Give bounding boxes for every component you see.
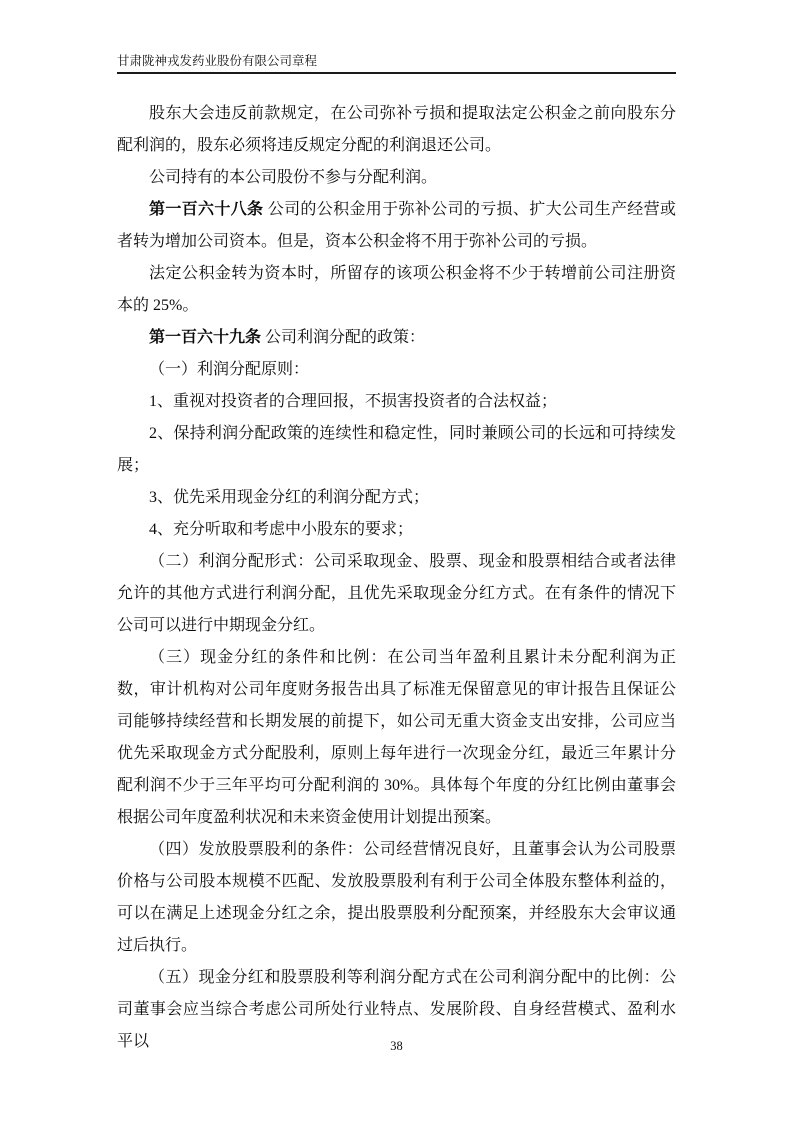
paragraph: 法定公积金转为资本时，所留存的该项公积金将不少于转增前公司注册资本的 25%。 [117,258,676,322]
document-body: 股东大会违反前款规定，在公司弥补亏损和提取法定公积金之前向股东分配利润的，股东必… [117,98,676,1058]
paragraph: 1、重视对投资者的合理回报，不损害投资者的合法权益； [117,386,676,418]
document-header-title: 甘肃陇神戎发药业股份有限公司章程 [117,54,317,68]
document-header: 甘肃陇神戎发药业股份有限公司章程 [117,53,676,74]
page-number: 38 [0,1039,793,1054]
paragraph-text: 3、优先采用现金分红的利润分配方式； [149,489,429,506]
paragraph: 第一百六十八条 公司的公积金用于弥补公司的亏损、扩大公司生产经营或者转为增加公司… [117,194,676,258]
paragraph: （一）利润分配原则： [117,354,676,386]
article-number: 第一百六十八条 [149,201,263,218]
paragraph-text: （五）现金分红和股票股利等利润分配方式在公司利润分配中的比例：公司董事会应当综合… [117,969,676,1050]
paragraph: （二）利润分配形式：公司采取现金、股票、现金和股票相结合或者法律允许的其他方式进… [117,546,676,642]
paragraph-text: 2、保持利润分配政策的连续性和稳定性，同时兼顾公司的长远和可持续发展； [117,425,676,474]
paragraph-text: 4、充分听取和考虑中小股东的要求； [149,521,413,538]
paragraph-text: 法定公积金转为资本时，所留存的该项公积金将不少于转增前公司注册资本的 25%。 [117,265,676,314]
paragraph: 第一百六十九条 公司利润分配的政策： [117,322,676,354]
document-page: 甘肃陇神戎发药业股份有限公司章程 股东大会违反前款规定，在公司弥补亏损和提取法定… [0,0,793,1122]
paragraph-text: （三）现金分红的条件和比例：在公司当年盈利且累计未分配利润为正数，审计机构对公司… [117,649,676,826]
paragraph-text: （二）利润分配形式：公司采取现金、股票、现金和股票相结合或者法律允许的其他方式进… [117,553,676,634]
paragraph-text: （一）利润分配原则： [149,361,309,378]
paragraph-text: 1、重视对投资者的合理回报，不损害投资者的合法权益； [149,393,557,410]
paragraph: （四）发放股票股利的条件：公司经营情况良好，且董事会认为公司股票价格与公司股本规… [117,834,676,962]
paragraph: 公司持有的本公司股份不参与分配利润。 [117,162,676,194]
article-number: 第一百六十九条 [149,329,261,346]
paragraph: 4、充分听取和考虑中小股东的要求； [117,514,676,546]
paragraph: 2、保持利润分配政策的连续性和稳定性，同时兼顾公司的长远和可持续发展； [117,418,676,482]
paragraph-text: 公司持有的本公司股份不参与分配利润。 [149,169,437,186]
paragraph-text: （四）发放股票股利的条件：公司经营情况良好，且董事会认为公司股票价格与公司股本规… [117,841,676,954]
paragraph-text: 股东大会违反前款规定，在公司弥补亏损和提取法定公积金之前向股东分配利润的，股东必… [117,105,676,154]
paragraph-text: 公司利润分配的政策： [261,329,425,346]
paragraph: 3、优先采用现金分红的利润分配方式； [117,482,676,514]
paragraph: （三）现金分红的条件和比例：在公司当年盈利且累计未分配利润为正数，审计机构对公司… [117,642,676,834]
paragraph: 股东大会违反前款规定，在公司弥补亏损和提取法定公积金之前向股东分配利润的，股东必… [117,98,676,162]
